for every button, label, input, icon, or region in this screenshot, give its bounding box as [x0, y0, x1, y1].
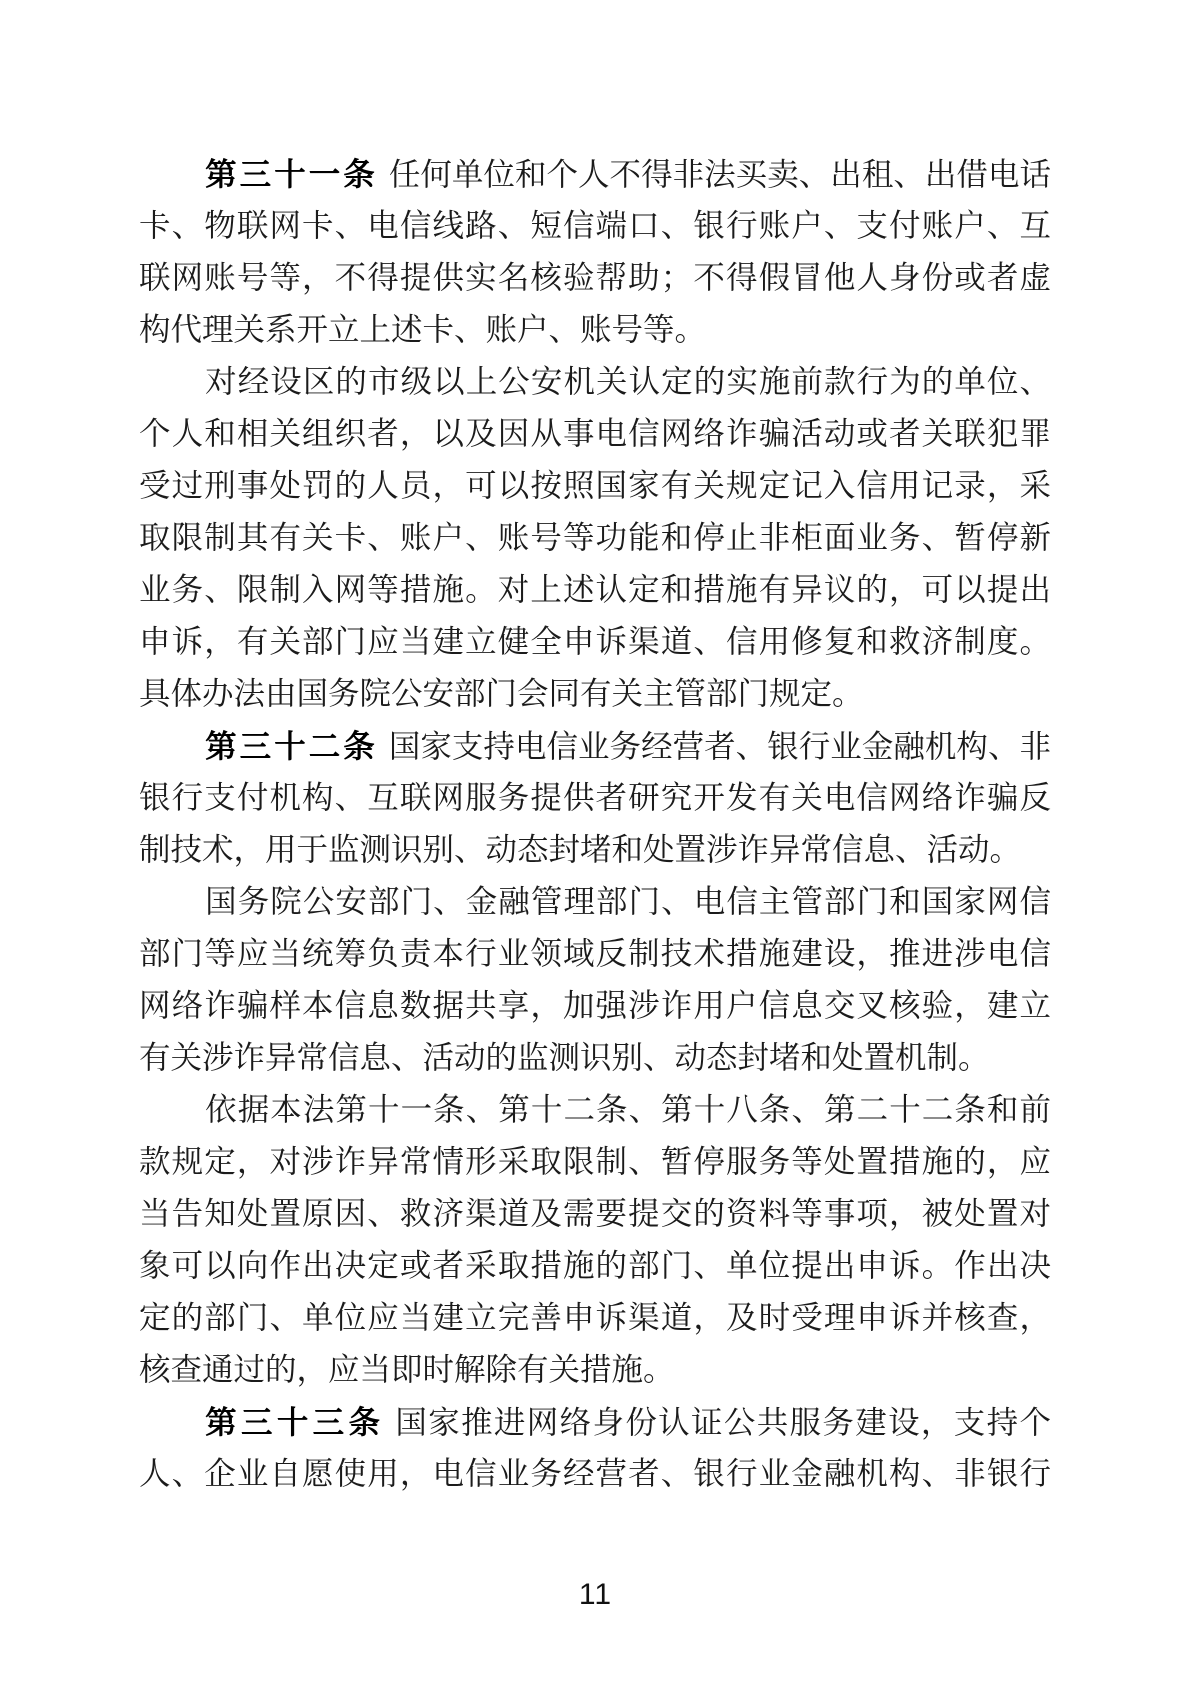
- text-line: 定的部门、单位应当建立完善申诉渠道，及时受理申诉并核查，: [139, 1292, 1051, 1344]
- text-line: 国务院公安部门、金融管理部门、电信主管部门和国家网信: [139, 876, 1051, 928]
- article-number-label: 第三十三条: [205, 1404, 384, 1440]
- text-line: 受过刑事处罚的人员，可以按照国家有关规定记入信用记录，采: [139, 460, 1051, 512]
- text-line: 网络诈骗样本信息数据共享，加强涉诈用户信息交叉核验，建立: [139, 980, 1051, 1032]
- text-line: 人、企业自愿使用，电信业务经营者、银行业金融机构、非银行: [139, 1448, 1051, 1500]
- paragraph: 第三十一条任何单位和个人不得非法买卖、出租、出借电话卡、物联网卡、电信线路、短信…: [139, 148, 1051, 356]
- article-number-label: 第三十二条: [205, 728, 378, 764]
- paragraph: 第三十二条国家支持电信业务经营者、银行业金融机构、非银行支付机构、互联网服务提供…: [139, 720, 1051, 876]
- text-line: 核查通过的，应当即时解除有关措施。: [139, 1344, 1051, 1396]
- article-number-label: 第三十一条: [205, 156, 378, 192]
- text-line: 构代理关系开立上述卡、账户、账号等。: [139, 304, 1051, 356]
- text-line: 对经设区的市级以上公安机关认定的实施前款行为的单位、: [139, 356, 1051, 408]
- article-text: 第三十一条任何单位和个人不得非法买卖、出租、出借电话卡、物联网卡、电信线路、短信…: [139, 148, 1051, 1500]
- text-line: 个人和相关组织者，以及因从事电信网络诈骗活动或者关联犯罪: [139, 408, 1051, 460]
- document-page: 第三十一条任何单位和个人不得非法买卖、出租、出借电话卡、物联网卡、电信线路、短信…: [0, 0, 1191, 1684]
- text-line: 取限制其有关卡、账户、账号等功能和停止非柜面业务、暂停新: [139, 512, 1051, 564]
- text-line: 第三十二条国家支持电信业务经营者、银行业金融机构、非: [139, 720, 1051, 772]
- text-line: 依据本法第十一条、第十二条、第十八条、第二十二条和前: [139, 1084, 1051, 1136]
- page-number: 11: [0, 1578, 1191, 1612]
- paragraph: 依据本法第十一条、第十二条、第十八条、第二十二条和前款规定，对涉诈异常情形采取限…: [139, 1084, 1051, 1396]
- text-line: 部门等应当统筹负责本行业领域反制技术措施建设，推进涉电信: [139, 928, 1051, 980]
- paragraph: 国务院公安部门、金融管理部门、电信主管部门和国家网信部门等应当统筹负责本行业领域…: [139, 876, 1051, 1084]
- text-line: 联网账号等，不得提供实名核验帮助；不得假冒他人身份或者虚: [139, 252, 1051, 304]
- text-line: 象可以向作出决定或者采取措施的部门、单位提出申诉。作出决: [139, 1240, 1051, 1292]
- text-line: 第三十一条任何单位和个人不得非法买卖、出租、出借电话: [139, 148, 1051, 200]
- text-line: 当告知处置原因、救济渠道及需要提交的资料等事项，被处置对: [139, 1188, 1051, 1240]
- text-line: 卡、物联网卡、电信线路、短信端口、银行账户、支付账户、互: [139, 200, 1051, 252]
- paragraph: 第三十三条国家推进网络身份认证公共服务建设，支持个人、企业自愿使用，电信业务经营…: [139, 1396, 1051, 1500]
- text-line: 具体办法由国务院公安部门会同有关主管部门规定。: [139, 668, 1051, 720]
- text-line: 业务、限制入网等措施。对上述认定和措施有异议的，可以提出: [139, 564, 1051, 616]
- text-line: 款规定，对涉诈异常情形采取限制、暂停服务等处置措施的，应: [139, 1136, 1051, 1188]
- paragraph: 对经设区的市级以上公安机关认定的实施前款行为的单位、个人和相关组织者，以及因从事…: [139, 356, 1051, 720]
- text-line: 银行支付机构、互联网服务提供者研究开发有关电信网络诈骗反: [139, 772, 1051, 824]
- text-line: 制技术，用于监测识别、动态封堵和处置涉诈异常信息、活动。: [139, 824, 1051, 876]
- text-line: 申诉，有关部门应当建立健全申诉渠道、信用修复和救济制度。: [139, 616, 1051, 668]
- text-line: 有关涉诈异常信息、活动的监测识别、动态封堵和处置机制。: [139, 1032, 1051, 1084]
- text-line: 第三十三条国家推进网络身份认证公共服务建设，支持个: [139, 1396, 1051, 1448]
